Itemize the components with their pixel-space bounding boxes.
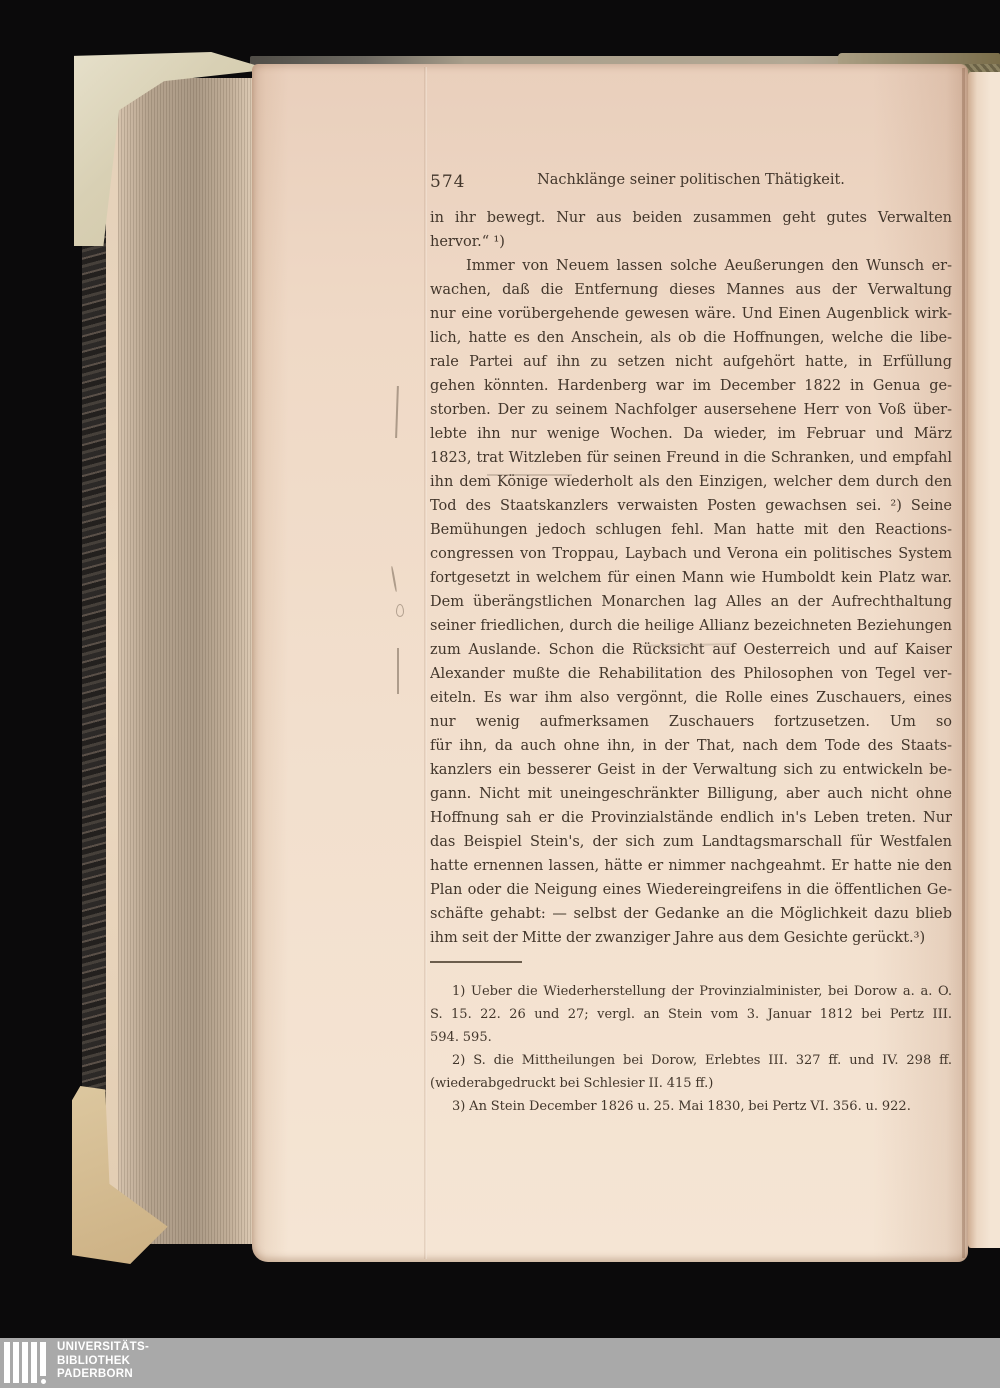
text-line: hatte ernennen lassen, hätte er nimmer n…: [430, 854, 952, 878]
logo-stripe: [4, 1342, 10, 1383]
text-line: hervor.“ ¹): [430, 230, 952, 254]
pencil-margin-mark: [396, 604, 404, 617]
text-line: in ihr bewegt. Nur aus beiden zusammen g…: [430, 206, 952, 230]
page-crease: [424, 67, 427, 1259]
scanned-book-photo: { "scan": { "header": { "page_number": "…: [0, 0, 1000, 1388]
watermark-line: BIBLIOTHEK: [57, 1355, 149, 1369]
text-line: fortgesetzt in welchem für einen Mann wi…: [430, 566, 952, 590]
text-line: (wiederabgedruckt bei Schlesier II. 415 …: [430, 1072, 952, 1095]
page-number: 574: [430, 172, 465, 192]
watermark-line: PADERBORN: [57, 1368, 149, 1382]
text-line: 594. 595.: [430, 1026, 952, 1049]
text-line: lich, hatte es den Anschein, als ob die …: [430, 326, 952, 350]
text-line: congressen von Troppau, Laybach und Vero…: [430, 542, 952, 566]
text-line: schäfte gehabt: — selbst der Gedanke an …: [430, 902, 952, 926]
footnotes: 1) Ueber die Wiederherstellung der Provi…: [430, 980, 952, 1118]
text-line: gehen könnten. Hardenberg war im Decembe…: [430, 374, 952, 398]
text-line: rale Partei auf ihn zu setzen nicht aufg…: [430, 350, 952, 374]
text-line: zum Auslande. Schon die Rücksicht auf Oe…: [430, 638, 952, 662]
text-line: Hoffnung sah er die Provinzialstände end…: [430, 806, 952, 830]
watermark-text: UNIVERSITÄTS- BIBLIOTHEK PADERBORN: [57, 1341, 149, 1382]
pencil-underline-witzleben: [487, 474, 572, 476]
text-line: 1823, trat Witzleben für seinen Freund i…: [430, 446, 952, 470]
logo-stripe: [40, 1342, 46, 1376]
running-title: Nachklänge seiner politischen Thätigkeit…: [430, 172, 952, 188]
footnote-separator: [430, 961, 522, 963]
text-line: für ihn, da auch ohne ihn, in der That, …: [430, 734, 952, 758]
text-line: ihm seit der Mitte der zwanziger Jahre a…: [430, 926, 952, 950]
watermark-bar: UNIVERSITÄTS- BIBLIOTHEK PADERBORN: [0, 1338, 1000, 1388]
text-line: Tod des Staatskanzlers verwaisten Posten…: [430, 494, 952, 518]
text-line: lebte ihn nur wenige Wochen. Da wieder, …: [430, 422, 952, 446]
text-line: Immer von Neuem lassen solche Aeußerunge…: [430, 254, 952, 278]
body-text: in ihr bewegt. Nur aus beiden zusammen g…: [430, 206, 952, 950]
text-line: gann. Nicht mit uneingeschränkter Billig…: [430, 782, 952, 806]
text-line: Alexander mußte die Rehabilitation des P…: [430, 662, 952, 686]
text-line: nur wenig aufmerksamen Zuschauers fortzu…: [430, 710, 952, 734]
text-line: eiteln. Es war ihm also vergönnt, die Ro…: [430, 686, 952, 710]
logo-stripe: [31, 1342, 37, 1383]
text-line: wachen, daß die Entfernung dieses Mannes…: [430, 278, 952, 302]
logo-dot: [41, 1379, 46, 1384]
library-logo-icon: [4, 1342, 50, 1388]
facing-page-sliver: [968, 72, 1000, 1248]
text-line: storben. Der zu seinem Nachfolger ausers…: [430, 398, 952, 422]
text-line: 1) Ueber die Wiederherstellung der Provi…: [430, 980, 952, 1003]
logo-stripe: [22, 1342, 28, 1383]
text-line: nur eine vorübergehende gewesen wäre. Un…: [430, 302, 952, 326]
text-line: Plan oder die Neigung eines Wiedereingre…: [430, 878, 952, 902]
text-line: S. 15. 22. 26 und 27; vergl. an Stein vo…: [430, 1003, 952, 1026]
text-line: das Beispiel Stein's, der sich zum Landt…: [430, 830, 952, 854]
text-line: Dem überängstlichen Monarchen lag Alles …: [430, 590, 952, 614]
text-line: kanzlers ein besserer Geist in der Verwa…: [430, 758, 952, 782]
text-line: seiner friedlichen, durch die heilige Al…: [430, 614, 952, 638]
logo-stripe: [13, 1342, 19, 1383]
watermark-line: UNIVERSITÄTS-: [57, 1341, 149, 1355]
fore-edge-pages: [118, 78, 258, 1244]
page-header: 574 Nachklänge seiner politischen Thätig…: [430, 172, 952, 194]
pencil-margin-mark: [397, 648, 399, 694]
text-line: 3) An Stein December 1826 u. 25. Mai 183…: [430, 1095, 952, 1118]
gutter-fold: [962, 68, 965, 1258]
text-line: 2) S. die Mittheilungen bei Dorow, Erleb…: [430, 1049, 952, 1072]
text-line: Bemühungen jedoch schlugen fehl. Man hat…: [430, 518, 952, 542]
